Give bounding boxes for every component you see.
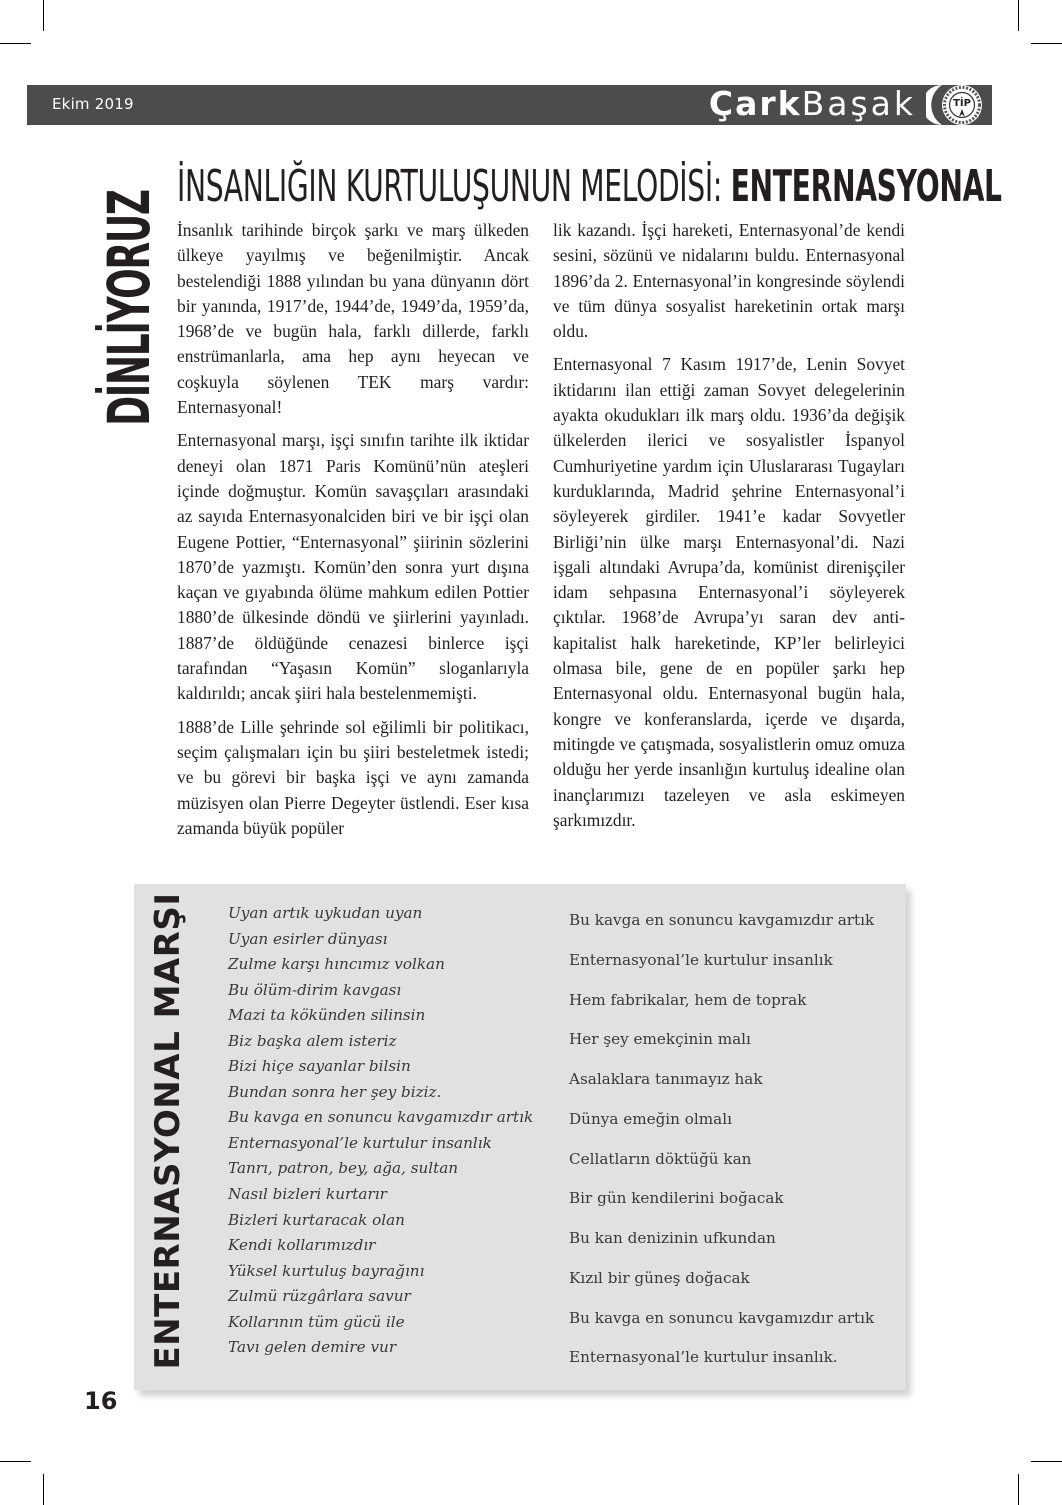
paragraph: 1888’de Lille şehrinde sol eğilimli bir …: [177, 715, 529, 841]
lyric-line: Cellatların döktüğü kan: [569, 1140, 899, 1180]
lyric-line: Tavı gelen demire vur: [228, 1335, 558, 1361]
lyric-line: Kollarının tüm gücü ile: [228, 1310, 558, 1336]
lyric-line: Bu kavga en sonuncu kavgamızdır artık: [569, 901, 899, 941]
lyric-line: Enternasyonal’le kurtulur insanlık: [228, 1131, 558, 1157]
page-number: 16: [84, 1386, 117, 1416]
brand-regular: Başak: [802, 84, 916, 123]
section-label-text: DİNLİYORUZ: [95, 190, 163, 426]
lyric-line: Bundan sonra her şey biziz.: [228, 1080, 558, 1106]
crop-mark: [43, 0, 44, 31]
lyric-line: Bu kavga en sonuncu kavgamızdır artık: [569, 1299, 899, 1339]
issue-date: Ekim 2019: [52, 92, 134, 116]
paragraph: Enternasyonal marşı, işçi sınıfın tariht…: [177, 428, 529, 706]
tip-logo-icon: TİP: [926, 82, 986, 128]
lyric-line: Enternasyonal’le kurtulur insanlık: [569, 941, 899, 981]
lyric-line: Biz başka alem isteriz: [228, 1029, 558, 1055]
lyric-line: Kendi kollarımızdır: [228, 1233, 558, 1259]
lyrics-right-column: Bu kavga en sonuncu kavgamızdır artık En…: [569, 901, 899, 1378]
lyric-line: Zulme karşı hıncımız volkan: [228, 952, 558, 978]
crop-mark: [0, 1461, 31, 1462]
lyric-line: Bizi hiçe sayanlar bilsin: [228, 1054, 558, 1080]
lyric-line: Tanrı, patron, bey, ağa, sultan: [228, 1156, 558, 1182]
svg-text:TİP: TİP: [953, 95, 971, 109]
lyric-line: Mazi ta kökünden silinsin: [228, 1003, 558, 1029]
lyrics-left-column: Uyan artık uykudan uyan Uyan esirler dün…: [228, 901, 558, 1361]
lyric-line: Asalaklara tanımayız hak: [569, 1060, 899, 1100]
paragraph: İnsanlık tarihinde birçok şarkı ve marş …: [177, 218, 529, 420]
lyric-line: Bu kan denizinin ufkundan: [569, 1219, 899, 1259]
lyric-line: Bizleri kurtaracak olan: [228, 1208, 558, 1234]
lyric-line: Bir gün kendilerini boğacak: [569, 1179, 899, 1219]
lyric-line: Nasıl bizleri kurtarır: [228, 1182, 558, 1208]
article-title-bold: ENTERNASYONAL: [731, 161, 1002, 212]
article-title-regular: İNSANLIĞIN KURTULUŞUNUN MELODİSİ:: [177, 161, 731, 212]
paragraph: Enternasyonal 7 Kasım 1917’de, Lenin Sov…: [553, 352, 905, 833]
lyric-line: Yüksel kurtuluş bayrağını: [228, 1259, 558, 1285]
lyric-line: Hem fabrikalar, hem de toprak: [569, 981, 899, 1021]
lyric-line: Enternasyonal’le kurtulur insanlık.: [569, 1338, 899, 1378]
crop-mark: [1018, 1474, 1019, 1505]
article-title: İNSANLIĞIN KURTULUŞUNUN MELODİSİ: ENTERN…: [177, 160, 1002, 214]
lyrics-box-label-text: ENTERNASYONAL MARŞI: [148, 892, 188, 1369]
lyric-line: Uyan esirler dünyası: [228, 927, 558, 953]
crop-mark: [0, 43, 31, 44]
lyric-line: Her şey emekçinin malı: [569, 1020, 899, 1060]
lyric-line: Uyan artık uykudan uyan: [228, 901, 558, 927]
article-column-right: lik kazandı. İşçi hareketi, Enternasyona…: [553, 218, 905, 841]
article-column-left: İnsanlık tarihinde birçok şarkı ve marş …: [177, 218, 529, 849]
crop-mark: [1031, 1461, 1062, 1462]
section-label: DİNLİYORUZ: [96, 168, 162, 448]
crop-mark: [1031, 43, 1062, 44]
paragraph: lik kazandı. İşçi hareketi, Enternasyona…: [553, 218, 905, 344]
lyric-line: Dünya emeğin olmalı: [569, 1100, 899, 1140]
lyric-line: Kızıl bir güneş doğacak: [569, 1259, 899, 1299]
brand-bold: Çark: [709, 84, 802, 123]
lyrics-box-label: ENTERNASYONAL MARŞI: [146, 900, 190, 1362]
brand-name: ÇarkBaşak: [709, 82, 916, 126]
lyric-line: Zulmü rüzgârlara savur: [228, 1284, 558, 1310]
lyric-line: Bu kavga en sonuncu kavgamızdır artık: [228, 1105, 558, 1131]
crop-mark: [1018, 0, 1019, 31]
lyric-line: Bu ölüm-dirim kavgası: [228, 978, 558, 1004]
crop-mark: [43, 1474, 44, 1505]
